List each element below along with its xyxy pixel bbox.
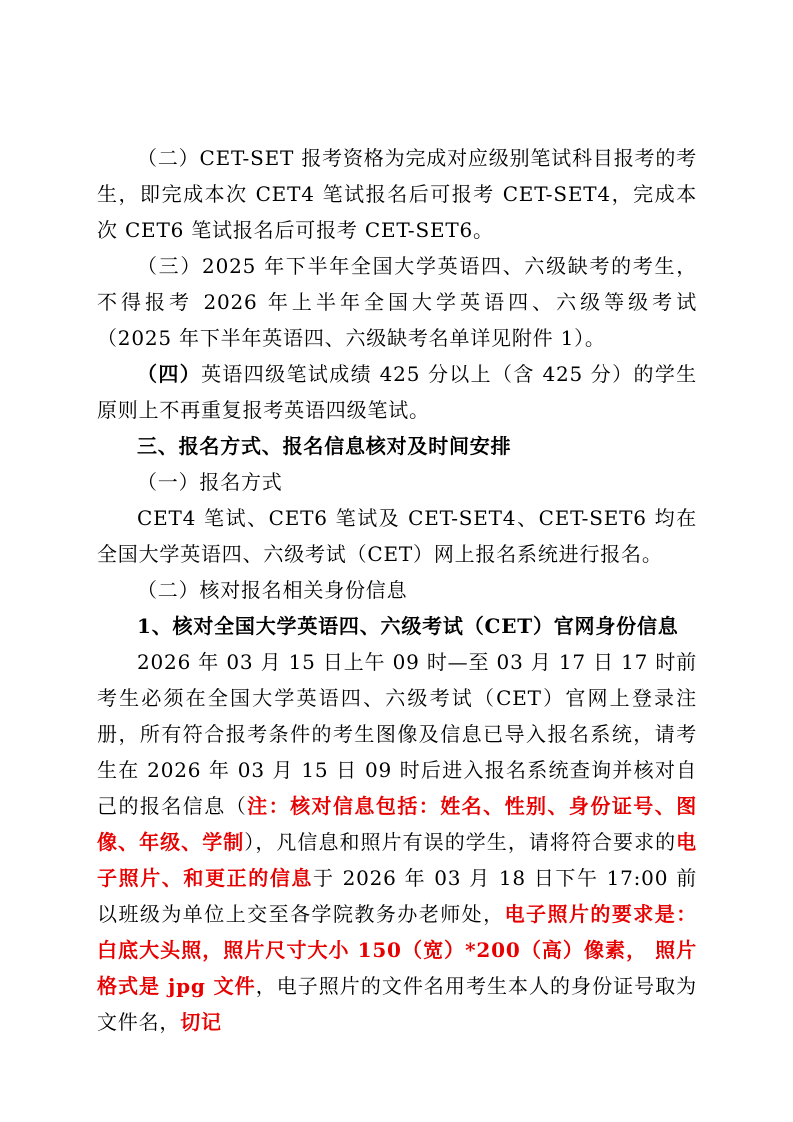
text-run: 切记 (180, 1010, 222, 1034)
text-run: （三）2025 年下半年全国大学英语四、六级缺考的考生，不得报考 2026 年上… (97, 254, 697, 350)
text-run: （二）核对报名相关身份信息 (137, 578, 407, 602)
text-run: ），凡信息和照片有误的学生，请将符合要求的 (244, 830, 676, 854)
text-run: 2026 年 03 月 15 日上午 09 时—至 03 月 17 日 17 时… (97, 650, 697, 818)
para-identity-check-title: （二）核对报名相关身份信息 (97, 572, 697, 608)
para-cet-set-eligibility: （二）CET-SET 报考资格为完成对应级别笔试科目报考的考生，即完成本次 CE… (97, 140, 697, 248)
heading-section-3: 三、报名方式、报名信息核对及时间安排 (97, 428, 697, 464)
document-page: （二）CET-SET 报考资格为完成对应级别笔试科目报考的考生，即完成本次 CE… (0, 0, 793, 1122)
text-run: （二）CET-SET 报考资格为完成对应级别笔试科目报考的考生，即完成本次 CE… (97, 146, 697, 242)
text-run: （四） (137, 362, 201, 386)
para-score-425: （四）英语四级笔试成绩 425 分以上（含 425 分）的学生原则上不再重复报考… (97, 356, 697, 428)
text-run: 三、报名方式、报名信息核对及时间安排 (137, 434, 511, 458)
text-run: （一）报名方式 (137, 470, 283, 494)
text-run: CET4 笔试、CET6 笔试及 CET-SET4、CET-SET6 均在全国大… (97, 506, 697, 566)
para-registration-method-body: CET4 笔试、CET6 笔试及 CET-SET4、CET-SET6 均在全国大… (97, 500, 697, 572)
text-run: 1、核对全国大学英语四、六级考试（CET）官网身份信息 (137, 614, 679, 638)
para-absent-candidates: （三）2025 年下半年全国大学英语四、六级缺考的考生，不得报考 2026 年上… (97, 248, 697, 356)
para-registration-method-title: （一）报名方式 (97, 464, 697, 500)
document-body: （二）CET-SET 报考资格为完成对应级别笔试科目报考的考生，即完成本次 CE… (97, 140, 697, 1040)
heading-check-official-site: 1、核对全国大学英语四、六级考试（CET）官网身份信息 (97, 608, 697, 644)
para-identity-check-body: 2026 年 03 月 15 日上午 09 时—至 03 月 17 日 17 时… (97, 644, 697, 1040)
